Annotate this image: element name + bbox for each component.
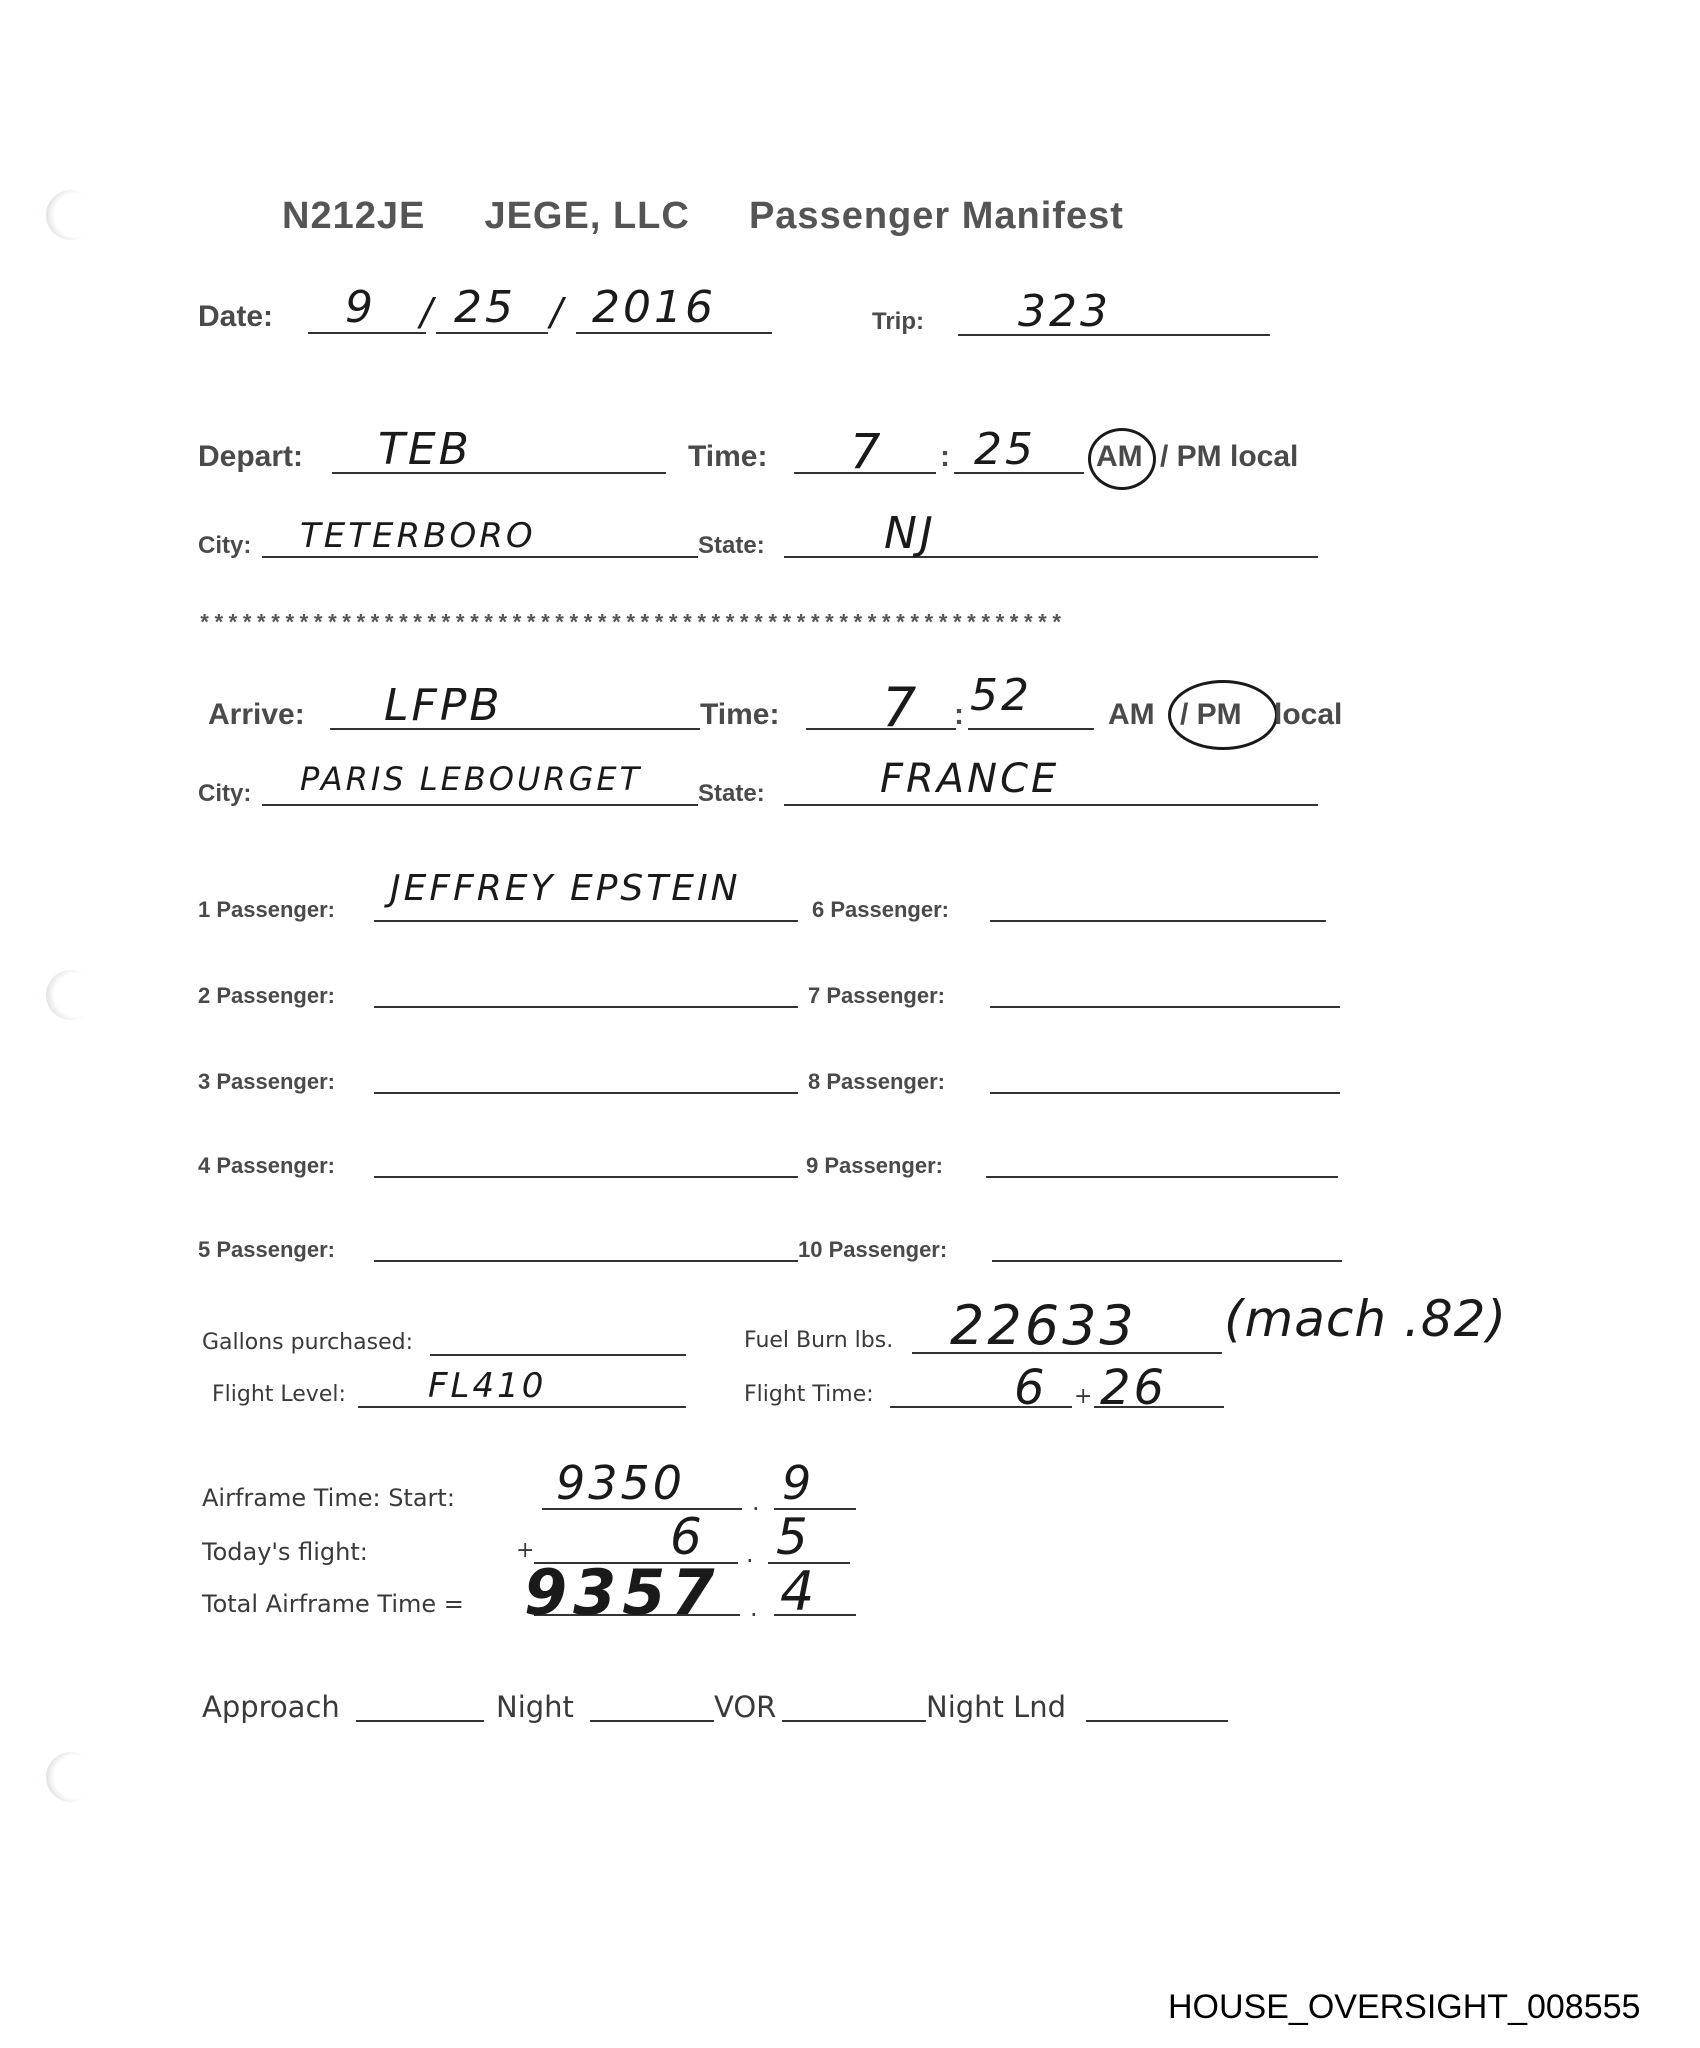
- depart-am-selected-circle: [1088, 428, 1156, 490]
- passenger-6-label: 6 Passenger:: [812, 897, 949, 923]
- arrive-city-label: City:: [198, 780, 251, 808]
- night-landing-label: Night Lnd: [926, 1690, 1066, 1724]
- depart-hour-field[interactable]: 7: [850, 424, 884, 480]
- flight-time-hours-field[interactable]: 6: [1014, 1360, 1048, 1416]
- arrive-airport-field[interactable]: LFPB: [384, 680, 503, 731]
- binder-hole-middle: [46, 970, 96, 1020]
- tail-number: N212JE: [282, 195, 425, 237]
- arrive-time-label: Time:: [700, 698, 779, 732]
- date-year-field[interactable]: 2016: [592, 282, 716, 333]
- date-day-field[interactable]: 25: [454, 282, 516, 333]
- arrive-city-line: [262, 804, 698, 806]
- section-separator: ****************************************…: [198, 612, 1064, 637]
- arrive-minute-line: [968, 728, 1094, 730]
- flight-level-label: Flight Level:: [212, 1382, 346, 1407]
- night-field[interactable]: [590, 1720, 714, 1722]
- depart-city-label: City:: [198, 532, 251, 560]
- depart-time-label: Time:: [688, 440, 767, 474]
- flight-time-separator: +: [1074, 1384, 1092, 1409]
- passenger-6-field[interactable]: [990, 920, 1326, 922]
- flight-level-field[interactable]: FL410: [428, 1366, 546, 1406]
- vor-field[interactable]: [782, 1720, 926, 1722]
- arrive-local-label: local: [1274, 698, 1342, 732]
- arrive-state-line: [784, 804, 1318, 806]
- arrive-hour-field[interactable]: 7: [882, 676, 919, 739]
- arrive-pm-selected-circle: [1168, 680, 1278, 750]
- depart-state-line: [784, 556, 1318, 558]
- passenger-4-label: 4 Passenger:: [198, 1153, 335, 1179]
- company-name: JEGE, LLC: [484, 195, 689, 237]
- arrive-minute-field[interactable]: 52: [970, 670, 1032, 721]
- date-sep-2: /: [550, 290, 566, 334]
- todays-flight-label: Today's flight:: [202, 1538, 368, 1566]
- arrive-state-label: State:: [698, 780, 765, 808]
- passenger-10-field[interactable]: [992, 1260, 1342, 1262]
- passenger-2-label: 2 Passenger:: [198, 983, 335, 1009]
- arrive-city-field[interactable]: PARIS LEBOURGET: [300, 760, 642, 798]
- passenger-5-label: 5 Passenger:: [198, 1237, 335, 1263]
- passenger-1-label: 1 Passenger:: [198, 897, 335, 923]
- passenger-1-line: [374, 920, 798, 922]
- depart-airport-field[interactable]: TEB: [378, 424, 472, 475]
- passenger-9-label: 9 Passenger:: [806, 1153, 943, 1179]
- flight-level-line: [358, 1406, 686, 1408]
- arrive-time-colon: :: [954, 698, 964, 732]
- arrive-label: Arrive:: [208, 698, 305, 732]
- airframe-start-label: Airframe Time: Start:: [202, 1484, 455, 1512]
- approach-label: Approach: [202, 1690, 340, 1724]
- gallons-purchased-label: Gallons purchased:: [202, 1330, 413, 1355]
- passenger-2-field[interactable]: [374, 1006, 798, 1008]
- document-title: Passenger Manifest: [749, 195, 1124, 237]
- total-airframe-tenth-field[interactable]: 4: [780, 1560, 817, 1623]
- trip-number-field[interactable]: 323: [1018, 286, 1111, 337]
- passenger-9-field[interactable]: [986, 1176, 1338, 1178]
- date-label: Date:: [198, 300, 273, 334]
- airframe-start-dot: .: [752, 1488, 760, 1516]
- fuel-burn-label: Fuel Burn lbs.: [744, 1328, 893, 1353]
- flight-time-minutes-field[interactable]: 26: [1100, 1360, 1167, 1416]
- depart-state-label: State:: [698, 532, 765, 560]
- passenger-1-field[interactable]: JEFFREY EPSTEIN: [390, 868, 741, 909]
- passenger-8-label: 8 Passenger:: [808, 1069, 945, 1095]
- passenger-8-field[interactable]: [990, 1092, 1340, 1094]
- arrive-state-field[interactable]: FRANCE: [880, 756, 1059, 802]
- date-sep-1: /: [420, 290, 436, 334]
- depart-city-line: [262, 556, 698, 558]
- total-airframe-label: Total Airframe Time =: [202, 1590, 464, 1618]
- total-airframe-whole-field[interactable]: 9357: [524, 1556, 721, 1629]
- vor-label: VOR: [714, 1690, 776, 1724]
- flight-time-label: Flight Time:: [744, 1382, 874, 1407]
- depart-time-colon: :: [940, 440, 950, 474]
- todays-flight-tenth-field[interactable]: 5: [776, 1508, 811, 1566]
- binder-hole-top: [46, 190, 96, 240]
- binder-hole-bottom: [46, 1752, 96, 1802]
- todays-flight-dot: .: [746, 1540, 754, 1568]
- depart-pm-local: / PM local: [1160, 440, 1298, 474]
- fuel-burn-note: (mach .82): [1224, 1290, 1507, 1348]
- passenger-3-label: 3 Passenger:: [198, 1069, 335, 1095]
- night-label: Night: [496, 1690, 574, 1724]
- passenger-3-field[interactable]: [374, 1092, 798, 1094]
- passenger-7-label: 7 Passenger:: [808, 983, 945, 1009]
- passenger-7-field[interactable]: [990, 1006, 1340, 1008]
- airframe-start-tenth-field[interactable]: 9: [782, 1456, 814, 1510]
- depart-label: Depart:: [198, 440, 303, 474]
- bates-number: HOUSE_OVERSIGHT_008555: [1168, 1988, 1640, 2027]
- total-airframe-dot: .: [750, 1594, 758, 1622]
- gallons-purchased-field[interactable]: [430, 1354, 686, 1356]
- arrive-am-option[interactable]: AM: [1108, 698, 1155, 732]
- trip-label: Trip:: [872, 308, 924, 336]
- approach-field[interactable]: [356, 1720, 484, 1722]
- depart-state-field[interactable]: NJ: [884, 508, 936, 559]
- date-month-field[interactable]: 9: [345, 282, 376, 333]
- passenger-5-field[interactable]: [374, 1260, 798, 1262]
- airframe-start-whole-field[interactable]: 9350: [556, 1456, 685, 1510]
- page-title: N212JE JEGE, LLC Passenger Manifest: [282, 195, 1124, 238]
- arrive-hour-line: [806, 728, 956, 730]
- depart-city-field[interactable]: TETERBORO: [300, 516, 536, 556]
- fuel-burn-field[interactable]: 22633: [950, 1294, 1137, 1357]
- night-landing-field[interactable]: [1086, 1720, 1228, 1722]
- depart-minute-field[interactable]: 25: [974, 424, 1036, 475]
- trip-line: [958, 334, 1270, 336]
- passenger-10-label: 10 Passenger:: [798, 1237, 947, 1263]
- passenger-4-field[interactable]: [374, 1176, 798, 1178]
